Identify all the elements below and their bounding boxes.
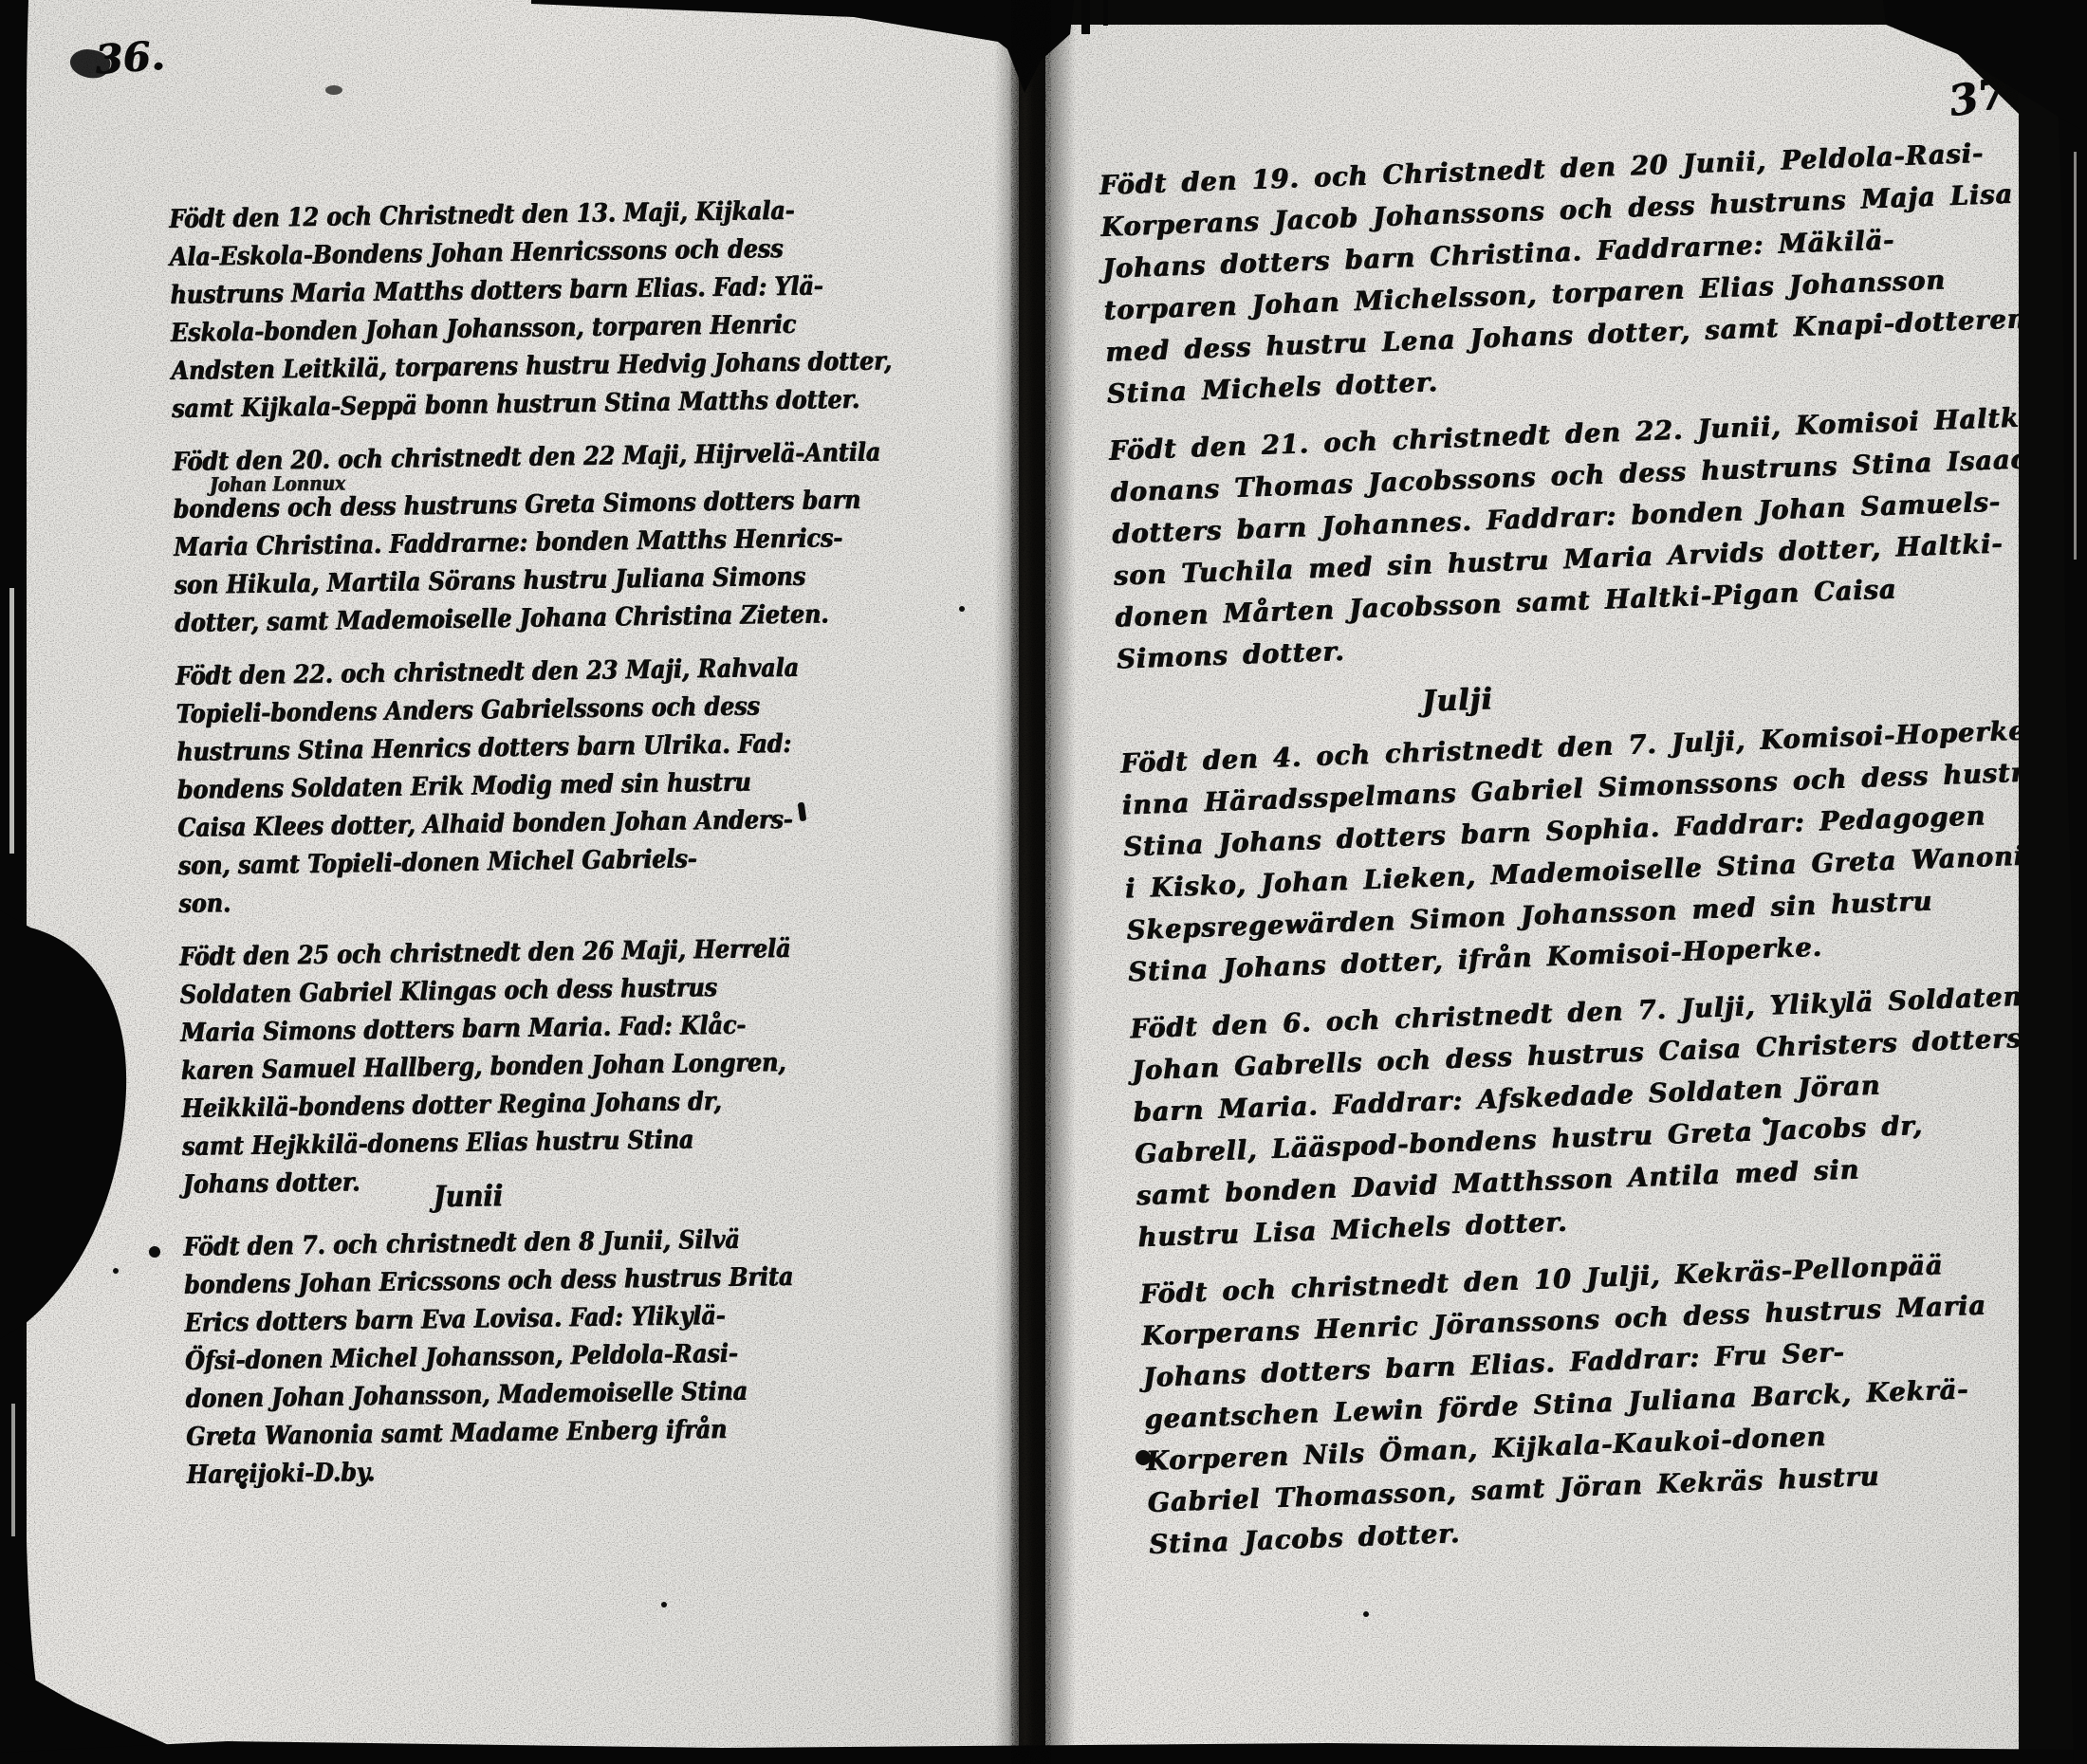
left-page: 36. Födt den 12 och Christnedt den 13. M… bbox=[27, 0, 1019, 1756]
entry-line: Greta Wanonia samt Madame Enberg ifrån bbox=[186, 1411, 737, 1457]
binding-thread-mark bbox=[1103, 0, 1108, 26]
birth-entry: Födt och christnedt den 10 Julji, Kekräs… bbox=[1139, 1242, 2014, 1566]
left-page-text: Födt den 12 och Christnedt den 13. Maji,… bbox=[169, 193, 738, 1510]
birth-entry: Födt den 22. och christnedt den 23 Maji,… bbox=[175, 651, 730, 924]
entry-line: dotter, samt Mademoiselle Johana Christi… bbox=[175, 597, 726, 643]
page-number-left: 36. bbox=[93, 32, 165, 83]
scratch-line bbox=[11, 1404, 15, 1536]
entry-line: son, samt Topieli-donen Michel Gabriels- bbox=[178, 840, 730, 886]
birth-entry: Födt den 12 och Christnedt den 13. Maji,… bbox=[169, 193, 723, 429]
birth-entry: Födt den 4. och christnedt den 7. Julji,… bbox=[1119, 711, 1993, 993]
birth-entry: Födt den 19. och Christnedt den 20 Junii… bbox=[1099, 134, 1972, 415]
birth-entry: Födt den 7. och christnedt den 8 Junii, … bbox=[183, 1222, 738, 1495]
scratch-line bbox=[9, 588, 14, 854]
entry-line: samt Kijkala-Seppä bonn hustrun Stina Ma… bbox=[172, 383, 723, 429]
right-page-text: Födt den 19. och Christnedt den 20 Junii… bbox=[1099, 134, 2015, 1581]
entry-line: Hareijoki-D.by. bbox=[186, 1449, 737, 1495]
book-spread: 36. Födt den 12 och Christnedt den 13. M… bbox=[0, 0, 2087, 1764]
entry-line: son. bbox=[178, 878, 730, 924]
page-number-right: 37. bbox=[1945, 66, 2019, 127]
birth-entry: Födt den 20. och christnedt den 22 Maji,… bbox=[173, 436, 727, 643]
book-gutter bbox=[1009, 0, 1051, 1764]
birth-entry: Födt den 21. och christnedt den 22. Juni… bbox=[1108, 398, 1982, 680]
scratch-line bbox=[2074, 152, 2077, 560]
right-page: 37. Födt den 19. och Christnedt den 20 J… bbox=[1045, 25, 2019, 1755]
entry-line: samt Hejkkilä-donens Elias hustru Stina bbox=[182, 1121, 733, 1167]
scan-border-right bbox=[2057, 83, 2087, 1764]
birth-entry: Födt den 25 och christnedt den 26 Maji, … bbox=[179, 931, 734, 1204]
birth-entry: Födt den 6. och christnedt den 7. Julji,… bbox=[1130, 977, 2004, 1259]
